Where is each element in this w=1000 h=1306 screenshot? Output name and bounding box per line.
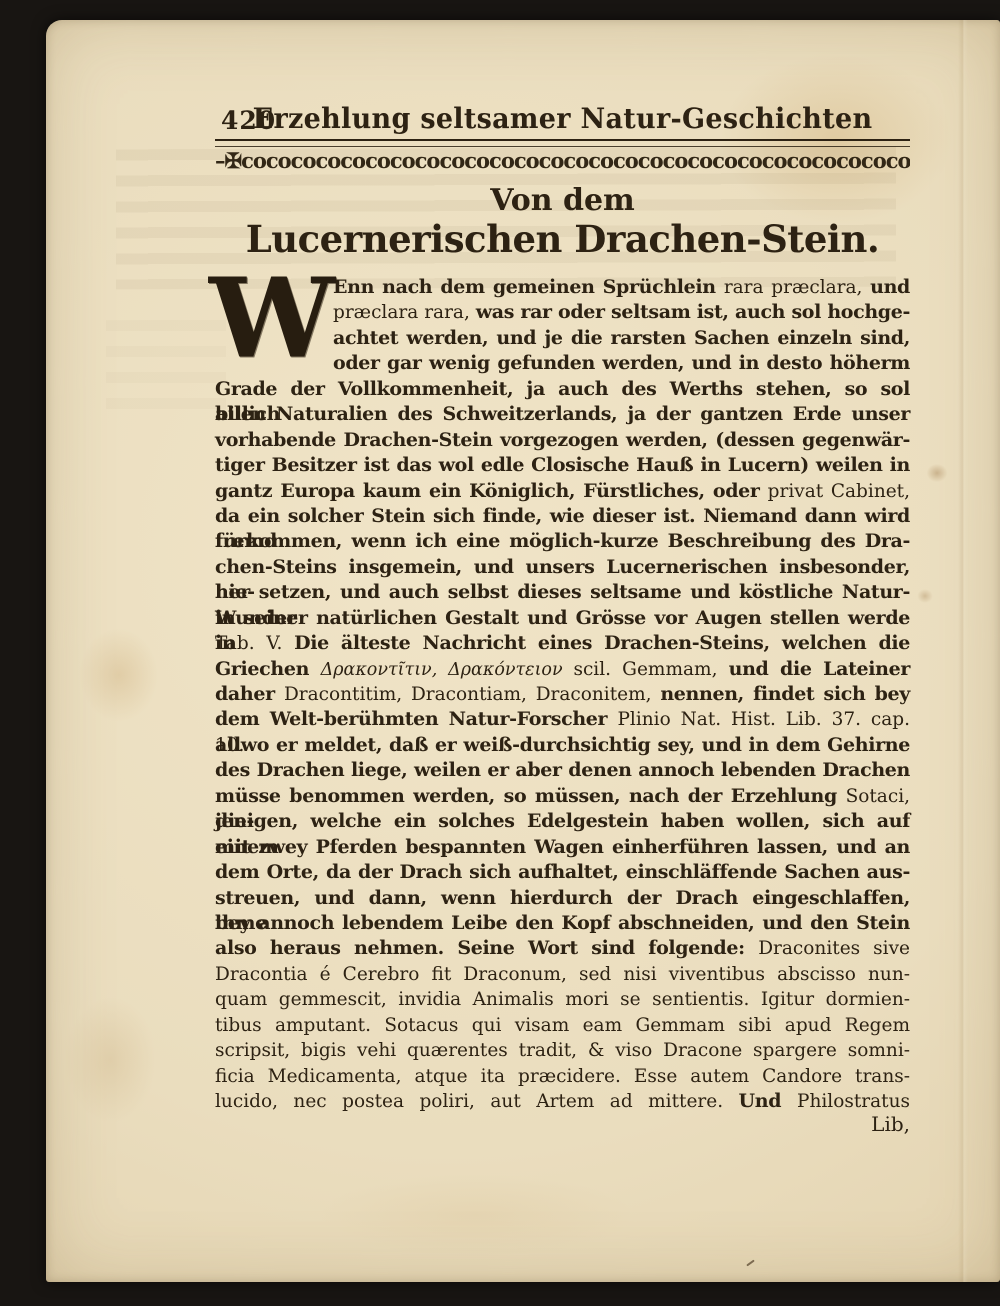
text-line: jenigen, welche ein solches Edelgestein … bbox=[215, 809, 910, 834]
text-line: quam gemmescit, invidia Animalis mori se… bbox=[215, 987, 910, 1012]
text-line: gantz Europa kaum ein Königlich, Fürstli… bbox=[215, 479, 910, 504]
text-segment: gantz Europa kaum ein Königlich, Fürstli… bbox=[215, 480, 768, 502]
text-segment: dem Orte, da der Drach sich aufhaltet, e… bbox=[215, 861, 910, 883]
text-line: streuen, und dann, wenn hierdurch der Dr… bbox=[215, 886, 910, 911]
stain-right-spot-1 bbox=[922, 460, 952, 486]
text-segment: Die älteste Nachricht eines Drachen-Stei… bbox=[294, 632, 910, 654]
text-line: also heraus nehmen. Seine Wort sind folg… bbox=[215, 936, 910, 961]
text-segment: Enn nach dem gemeinen Sprüchlein bbox=[333, 276, 724, 298]
text-segment: müsse benommen werden, so müssen, nach d… bbox=[215, 785, 846, 807]
text-segment: dem Welt-berühmten Natur-Forscher bbox=[215, 708, 617, 730]
text-segment: Δρακοντῖτιν, Δρακόντειον bbox=[321, 660, 574, 680]
text-segment: achtet werden, und je die rarsten Sachen… bbox=[333, 327, 910, 349]
text-segment: Dracontia é Cerebro fit Draconum, sed ni… bbox=[215, 964, 910, 985]
text-segment: præclara rara, bbox=[333, 302, 476, 323]
text-segment: Philostratus bbox=[797, 1091, 910, 1112]
text-line: in seiner natürlichen Gestalt und Grösse… bbox=[215, 606, 910, 631]
body-text: W Enn nach dem gemeinen Sprüchlein rara … bbox=[215, 275, 910, 1114]
text-segment: Tab. V. bbox=[215, 633, 294, 654]
text-line: dem Welt-berühmten Natur-Forscher Plinio… bbox=[215, 707, 910, 732]
text-line: allen Naturalien des Schweitzerlands, ja… bbox=[215, 402, 910, 427]
text-segment: allwo er meldet, daß er weiß-durchsichti… bbox=[215, 734, 910, 756]
text-segment: Dracontitim, Dracontiam, Draconitem, bbox=[284, 684, 660, 705]
stain-right-spot-2 bbox=[914, 586, 936, 606]
text-line: Dracontia é Cerebro fit Draconum, sed ni… bbox=[215, 962, 910, 987]
text-line: ficia Medicamenta, atque ita præcidere. … bbox=[215, 1064, 910, 1089]
text-line: daher Dracontitim, Dracontiam, Draconite… bbox=[215, 682, 910, 707]
text-line: des Drachen liege, weilen er aber denen … bbox=[215, 758, 910, 783]
text-segment: nennen, findet sich bey bbox=[660, 683, 910, 705]
text-segment: und bbox=[870, 276, 910, 298]
drop-cap-initial: W bbox=[209, 272, 329, 370]
text-segment: Und bbox=[739, 1090, 797, 1112]
header-rule bbox=[215, 139, 910, 147]
text-line: tibus amputant. Sotacus qui visam eam Ge… bbox=[215, 1013, 910, 1038]
text-line: bey annoch lebendem Leibe den Kopf absch… bbox=[215, 911, 910, 936]
text-line: vorhabende Drachen-Stein vorgezogen werd… bbox=[215, 428, 910, 453]
text-segment: Draconites sive bbox=[758, 938, 910, 959]
book-page: 420 Erzehlung seltsamer Natur-Geschichte… bbox=[46, 20, 1000, 1282]
text-segment: bey annoch lebendem Leibe den Kopf absch… bbox=[215, 912, 910, 934]
text-segment: was rar oder seltsam ist, auch sol hochg… bbox=[476, 301, 910, 323]
text-line: mit zwey Pferden bespannten Wagen einher… bbox=[215, 835, 910, 860]
text-segment: privat Cabinet, bbox=[768, 481, 910, 502]
text-segment: Sotaci, bbox=[846, 786, 910, 807]
text-line: Tab. V. Die älteste Nachricht eines Drac… bbox=[215, 631, 910, 656]
text-segment: und die Lateiner bbox=[729, 658, 910, 680]
text-segment: scil. Gemmam, bbox=[573, 659, 728, 680]
stain-left-lower bbox=[52, 970, 182, 1150]
text-segment: tibus amputant. Sotacus qui visam eam Ge… bbox=[215, 1015, 910, 1036]
text-line: chen-Steins insgemein, und unsers Lucern… bbox=[215, 555, 910, 580]
ornament-band: –✠cococococococococococococococococococo… bbox=[215, 148, 910, 180]
section-heading-line1: Von dem bbox=[215, 183, 910, 218]
stain-left-margin bbox=[64, 610, 174, 740]
text-segment: daher bbox=[215, 683, 284, 705]
text-segment: oder gar wenig gefunden werden, und in d… bbox=[333, 352, 910, 374]
text-segment: tiger Besitzer ist das wol edle Closisch… bbox=[215, 454, 910, 476]
text-line: scripsit, bigis vehi quærentes tradit, &… bbox=[215, 1038, 910, 1063]
text-segment: Griechen bbox=[215, 658, 321, 680]
text-line: Griechen Δρακοντῖτιν, Δρακόντειον scil. … bbox=[215, 657, 910, 682]
text-segment: quam gemmescit, invidia Animalis mori se… bbox=[215, 989, 910, 1010]
text-segment: ficia Medicamenta, atque ita præcidere. … bbox=[215, 1066, 910, 1087]
text-line: fürkommen, wenn ich eine möglich-kurze B… bbox=[215, 529, 910, 554]
text-line: müsse benommen werden, so müssen, nach d… bbox=[215, 784, 910, 809]
scan-background: { "page": { "page_number": "420", "runni… bbox=[0, 0, 1000, 1306]
text-segment: mit zwey Pferden bespannten Wagen einher… bbox=[215, 836, 910, 858]
text-segment: lucido, nec postea poliri, aut Artem ad … bbox=[215, 1091, 739, 1112]
text-line: her setzen, und auch selbst dieses selts… bbox=[215, 580, 910, 605]
page-header: 420 Erzehlung seltsamer Natur-Geschichte… bbox=[215, 104, 910, 138]
text-segment: also heraus nehmen. Seine Wort sind folg… bbox=[215, 937, 758, 959]
text-segment: fürkommen, wenn ich eine möglich-kurze B… bbox=[215, 530, 910, 552]
verso-showthrough-2 bbox=[106, 320, 226, 410]
text-segment: allen Naturalien des Schweitzerlands, ja… bbox=[215, 403, 910, 425]
paper-fold bbox=[958, 20, 968, 1282]
text-segment: rara præclara, bbox=[724, 277, 870, 298]
running-title: Erzehlung seltsamer Natur-Geschichten bbox=[215, 104, 910, 136]
text-line: allwo er meldet, daß er weiß-durchsichti… bbox=[215, 733, 910, 758]
text-segment: des Drachen liege, weilen er aber denen … bbox=[215, 759, 910, 781]
text-segment: scripsit, bigis vehi quærentes tradit, &… bbox=[215, 1040, 910, 1061]
text-column: 420 Erzehlung seltsamer Natur-Geschichte… bbox=[215, 20, 910, 1282]
catchword: Lib, bbox=[215, 1112, 912, 1136]
text-segment: vorhabende Drachen-Stein vorgezogen werd… bbox=[215, 429, 910, 451]
text-line: da ein solcher Stein sich finde, wie die… bbox=[215, 504, 910, 529]
text-line: dem Orte, da der Drach sich aufhaltet, e… bbox=[215, 860, 910, 885]
text-line: tiger Besitzer ist das wol edle Closisch… bbox=[215, 453, 910, 478]
text-line: lucido, nec postea poliri, aut Artem ad … bbox=[215, 1089, 910, 1114]
